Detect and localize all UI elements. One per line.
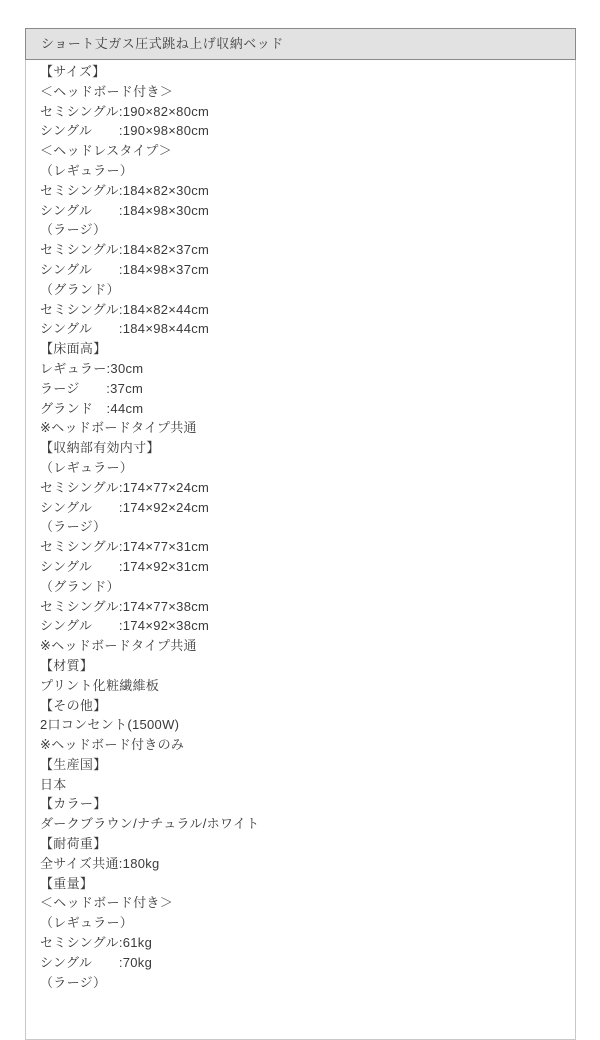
spec-lines: 【サイズ】＜ヘッドボード付き＞セミシングル:190×82×80cmシングル :1… bbox=[40, 62, 561, 990]
spec-line: シングル :184×98×30cm bbox=[40, 201, 561, 221]
spec-line: セミシングル:174×77×31cm bbox=[40, 537, 561, 557]
spec-line: （レギュラー） bbox=[40, 458, 561, 478]
panel-title: ショート丈ガス圧式跳ね上げ収納ベッド bbox=[41, 36, 284, 51]
spec-line: ＜ヘッドボード付き＞ bbox=[40, 893, 561, 913]
spec-line: （グランド） bbox=[40, 577, 561, 597]
spec-line: シングル :70kg bbox=[40, 953, 561, 973]
spec-line: シングル :174×92×38cm bbox=[40, 616, 561, 636]
spec-line: シングル :184×98×37cm bbox=[40, 260, 561, 280]
spec-line: 【サイズ】 bbox=[40, 62, 561, 82]
spec-line: （レギュラー） bbox=[40, 161, 561, 181]
spec-line: （ラージ） bbox=[40, 220, 561, 240]
spec-line: セミシングル:184×82×37cm bbox=[40, 240, 561, 260]
spec-line: 【耐荷重】 bbox=[40, 834, 561, 854]
spec-line: 【収納部有効内寸】 bbox=[40, 438, 561, 458]
spec-line: （グランド） bbox=[40, 280, 561, 300]
spec-line: ※ヘッドボード付きのみ bbox=[40, 735, 561, 755]
spec-line: （ラージ） bbox=[40, 973, 561, 990]
spec-body: 【サイズ】＜ヘッドボード付き＞セミシングル:190×82×80cmシングル :1… bbox=[25, 60, 576, 990]
spec-line: 【材質】 bbox=[40, 656, 561, 676]
spec-line: 【生産国】 bbox=[40, 755, 561, 775]
spec-line: 2口コンセント(1500W) bbox=[40, 715, 561, 735]
spec-line: 日本 bbox=[40, 775, 561, 795]
spec-line: （ラージ） bbox=[40, 517, 561, 537]
spec-line: ラージ :37cm bbox=[40, 379, 561, 399]
spec-line: ※ヘッドボードタイプ共通 bbox=[40, 418, 561, 438]
spec-line: グランド :44cm bbox=[40, 399, 561, 419]
spec-line: 【カラー】 bbox=[40, 794, 561, 814]
spec-line: シングル :190×98×80cm bbox=[40, 121, 561, 141]
spec-line: シングル :184×98×44cm bbox=[40, 319, 561, 339]
spec-line: セミシングル:61kg bbox=[40, 933, 561, 953]
spec-line: セミシングル:174×77×38cm bbox=[40, 597, 561, 617]
spec-line: シングル :174×92×24cm bbox=[40, 498, 561, 518]
panel-header: ショート丈ガス圧式跳ね上げ収納ベッド bbox=[25, 28, 576, 60]
spec-line: セミシングル:190×82×80cm bbox=[40, 102, 561, 122]
spec-line: レギュラー:30cm bbox=[40, 359, 561, 379]
spec-line: ＜ヘッドレスタイプ＞ bbox=[40, 141, 561, 161]
spec-line: 【その他】 bbox=[40, 696, 561, 716]
spec-line: 全サイズ共通:180kg bbox=[40, 854, 561, 874]
spec-line: ※ヘッドボードタイプ共通 bbox=[40, 636, 561, 656]
spec-line: シングル :174×92×31cm bbox=[40, 557, 561, 577]
spec-line: 【床面高】 bbox=[40, 339, 561, 359]
spec-line: ＜ヘッドボード付き＞ bbox=[40, 82, 561, 102]
spec-line: ダークブラウン/ナチュラル/ホワイト bbox=[40, 814, 561, 834]
spec-line: セミシングル:174×77×24cm bbox=[40, 478, 561, 498]
spec-line: セミシングル:184×82×30cm bbox=[40, 181, 561, 201]
spec-line: 【重量】 bbox=[40, 874, 561, 894]
spec-panel: ショート丈ガス圧式跳ね上げ収納ベッド 【サイズ】＜ヘッドボード付き＞セミシングル… bbox=[25, 28, 576, 990]
spec-line: （レギュラー） bbox=[40, 913, 561, 933]
spec-line: セミシングル:184×82×44cm bbox=[40, 300, 561, 320]
spec-line: プリント化粧繊維板 bbox=[40, 676, 561, 696]
